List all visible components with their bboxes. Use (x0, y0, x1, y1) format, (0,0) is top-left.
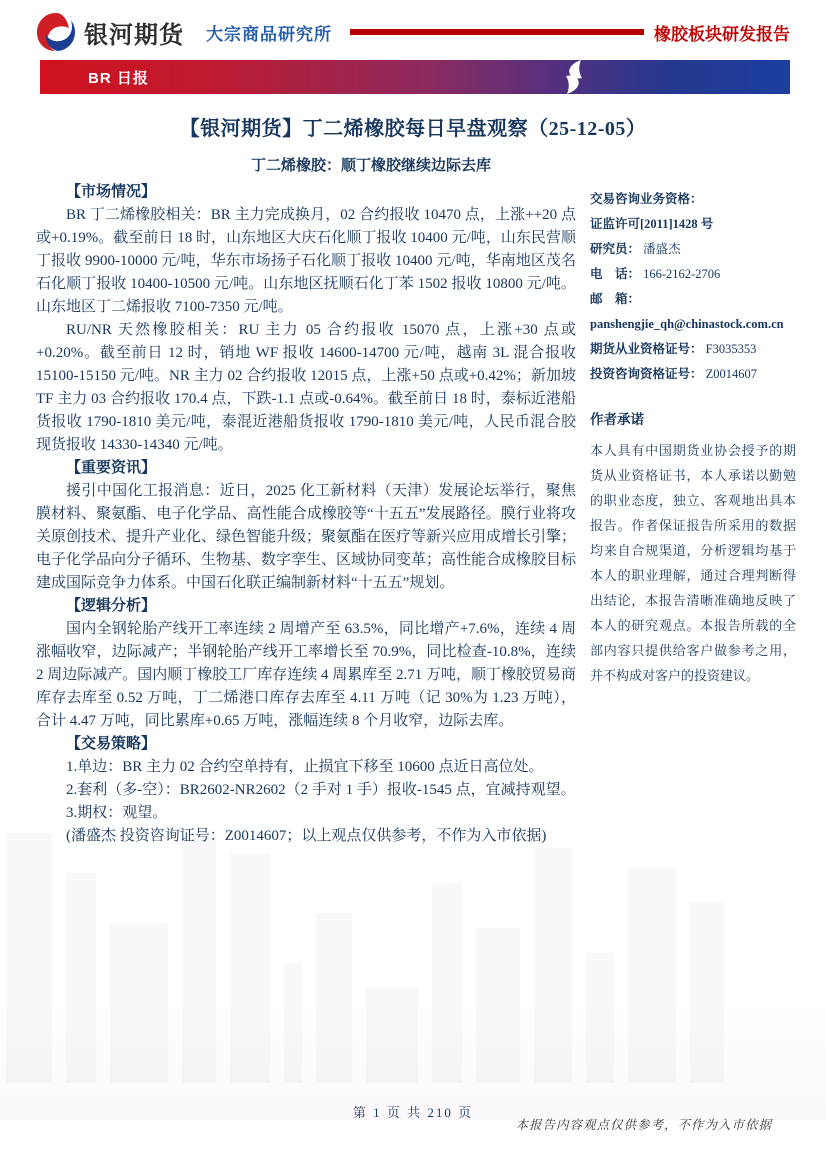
report-header: 银河期货 大宗商品研究所 橡胶板块研发报告 BR 日报 (0, 0, 826, 94)
qualification-value-row: 证监许可[2011]1428 号 (590, 216, 796, 232)
banner-label: BR 日报 (40, 67, 149, 88)
report-tag: 橡胶板块研发报告 (654, 20, 790, 45)
report-page: 银河期货 大宗商品研究所 橡胶板块研发报告 BR 日报 【银河期货】丁二烯橡胶每… (0, 0, 826, 1169)
section-heading-market: 【市场情况】 (36, 181, 576, 204)
org-name: 大宗商品研究所 (206, 20, 332, 45)
page-subtitle: 丁二烯橡胶：顺丁橡胶继续边际去库 (251, 154, 826, 175)
galaxy-swirl-icon (36, 12, 76, 52)
qualification-value: 证监许可[2011]1428 号 (590, 217, 713, 231)
researcher-label: 研究员： (590, 242, 640, 256)
email-value-row: panshengjie_qh@chinastock.com.cn (590, 316, 796, 332)
phone-label: 电 话： (590, 267, 640, 281)
sidebar: 交易咨询业务资格： 证监许可[2011]1428 号 研究员： 潘盛杰 电 话：… (590, 181, 796, 848)
main-column: 【市场情况】 BR 丁二烯橡胶相关：BR 主力完成换月，02 合约报收 1047… (36, 181, 576, 848)
section-heading-logic: 【逻辑分析】 (36, 595, 576, 618)
advisory-cert-row: 投资咨询资格证号： Z0014607 (590, 366, 796, 382)
strategy-arbitrage: 2.套利（多-空）：BR2602-NR2602（2 手对 1 手）报收-1545… (36, 779, 576, 802)
brand-name: 银河期货 (84, 15, 184, 50)
strategy-unilateral: 1.单边：BR 主力 02 合约空单持有，止损宜下移至 10600 点近日高位处… (36, 756, 576, 779)
page-title: 【银河期货】丁二烯橡胶每日早盘观察（25-12-05） (0, 112, 826, 141)
footer-disclaimer: 本报告内容观点仅供参考，不作为入市依据 (515, 1115, 772, 1133)
email-address: panshengjie_qh@chinastock.com.cn (590, 317, 784, 331)
phone-row: 电 话： 166-2162-2706 (590, 266, 796, 282)
white-swirl-icon (560, 60, 588, 94)
paragraph-news: 援引中国化工报消息：近日，2025 化工新材料（天津）发展论坛举行，聚焦膜材料、… (36, 480, 576, 595)
skyline-watermark (0, 828, 826, 1083)
paragraph-ru-nr-market: RU/NR 天然橡胶相关：RU 主力 05 合约报收 15070 点，上涨+30… (36, 319, 576, 457)
advisory-cert-label: 投资咨询资格证号： (590, 367, 703, 381)
author-promise-text: 本人具有中国期货业协会授予的期货从业资格证书，本人承诺以勤勉的职业态度，独立、客… (590, 438, 796, 688)
email-label: 邮 箱： (590, 292, 640, 306)
advisory-cert-number: Z0014607 (706, 367, 757, 381)
researcher-name: 潘盛杰 (643, 242, 681, 256)
strategy-note: (潘盛杰 投资咨询证号：Z0014607；以上观点仅供参考，不作为入市依据) (36, 825, 576, 848)
qualification-row: 交易咨询业务资格： (590, 191, 796, 207)
brand-row: 银河期货 大宗商品研究所 橡胶板块研发报告 (0, 0, 826, 52)
phone-number: 166-2162-2706 (643, 267, 720, 281)
section-heading-strategy: 【交易策略】 (36, 733, 576, 756)
header-rule (350, 29, 644, 35)
futures-cert-row: 期货从业资格证号： F3035353 (590, 341, 796, 357)
futures-cert-label: 期货从业资格证号： (590, 342, 703, 356)
email-label-row: 邮 箱： (590, 291, 796, 307)
content-area: 【市场情况】 BR 丁二烯橡胶相关：BR 主力完成换月，02 合约报收 1047… (0, 175, 826, 848)
paragraph-br-market: BR 丁二烯橡胶相关：BR 主力完成换月，02 合约报收 10470 点，上涨+… (36, 204, 576, 319)
researcher-row: 研究员： 潘盛杰 (590, 241, 796, 257)
qualification-label: 交易咨询业务资格： (590, 192, 703, 206)
author-promise-title: 作者承诺 (590, 408, 796, 428)
section-heading-news: 【重要资讯】 (36, 457, 576, 480)
paragraph-logic: 国内全钢轮胎产线开工率连续 2 周增产至 63.5%，同比增产+7.6%，连续 … (36, 618, 576, 733)
strategy-options: 3.期权：观望。 (36, 802, 576, 825)
futures-cert-number: F3035353 (706, 342, 757, 356)
daily-banner: BR 日报 (40, 60, 790, 94)
